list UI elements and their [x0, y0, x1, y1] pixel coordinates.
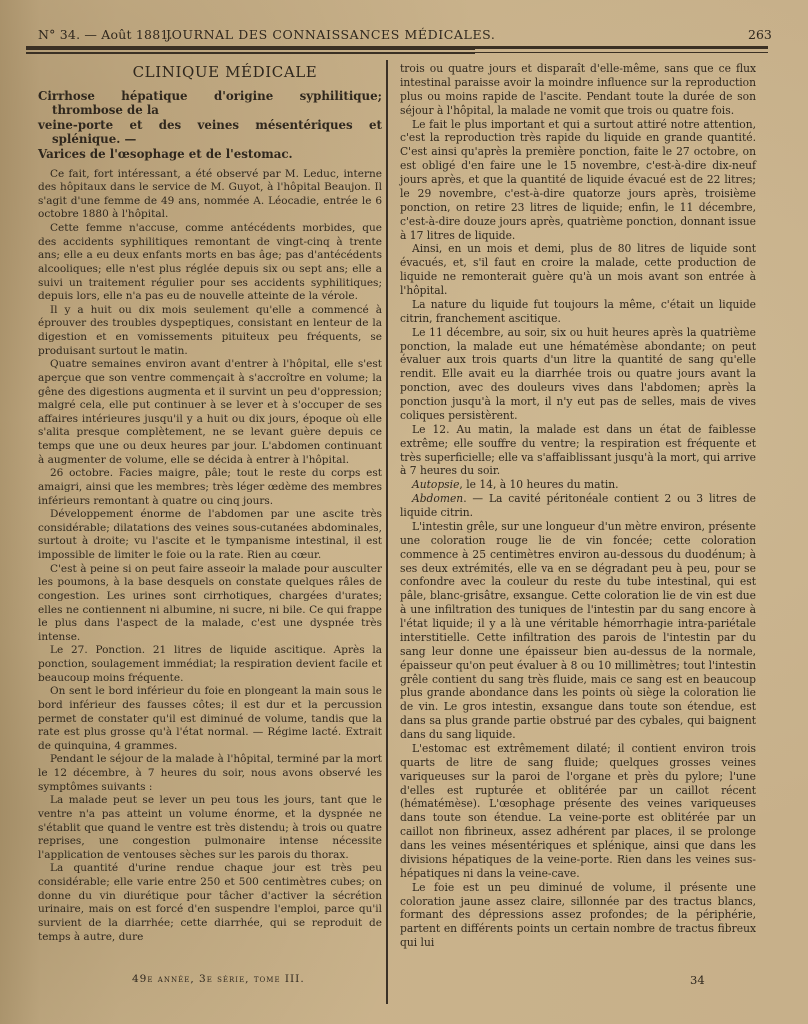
article-title-line: veine-porte et des veines mésentériques … — [52, 118, 382, 147]
section-title: CLINIQUE MÉDICALE — [38, 66, 382, 80]
paragraph: Le 11 décembre, au soir, six ou huit heu… — [400, 326, 756, 423]
journal-title: JOURNAL DES CONNAISSANCES MÉDICALES. — [166, 27, 495, 42]
series-footer: 49e année, 3e série, tome III. — [132, 973, 305, 985]
paragraph: La nature du liquide fut toujours la mêm… — [400, 298, 756, 326]
right-column: trois ou quatre jours et disparaît d'ell… — [400, 62, 756, 950]
paragraph: Pendant le séjour de la malade à l'hôpit… — [38, 753, 382, 794]
paragraph: Cette femme n'accuse, comme antécédents … — [38, 222, 382, 304]
paragraph: Développement énorme de l'abdomen par un… — [38, 508, 382, 563]
left-column: CLINIQUE MÉDICALE Cirrhose hépatique d'o… — [38, 62, 382, 944]
top-rule — [26, 46, 768, 53]
abdomen-paragraph: Abdomen. — La cavité péritonéale contien… — [400, 492, 756, 520]
paragraph: L'intestin grêle, sur une longueur d'un … — [400, 520, 756, 742]
paragraph: Le fait le plus important et qui a surto… — [400, 118, 756, 243]
journal-page: N° 34. — Août 1881. JOURNAL DES CONNAISS… — [0, 0, 808, 1024]
paragraph: C'est à peine si on peut faire asseoir l… — [38, 563, 382, 645]
autopsy-paragraph: Autopsie, le 14, à 10 heures du matin. — [400, 478, 756, 492]
issue-date: N° 34. — Août 1881. — [38, 27, 173, 42]
paragraph: Il y a huit ou dix mois seulement qu'ell… — [38, 304, 382, 359]
paragraph: Ainsi, en un mois et demi, plus de 80 li… — [400, 242, 756, 298]
paragraph: La quantité d'urine rendue chaque jour e… — [38, 862, 382, 944]
paragraph: Le 12. Au matin, la malade est dans un é… — [400, 423, 756, 479]
article-title-line: Varices de l'œsophage et de l'estomac. — [52, 147, 382, 162]
paragraph: Quatre semaines environ avant d'entrer à… — [38, 358, 382, 467]
abdomen-label: Abdomen — [412, 492, 463, 505]
paragraph: Le 27. Ponction. 21 litres de liquide as… — [38, 644, 382, 685]
autopsy-label: Autopsie — [412, 478, 459, 491]
paragraph: 26 octobre. Facies maigre, pâle; tout le… — [38, 467, 382, 508]
paragraph: La malade peut se lever un peu tous les … — [38, 794, 382, 862]
paragraph: On sent le bord inférieur du foie en plo… — [38, 685, 382, 753]
paragraph: L'estomac est extrêmement dilaté; il con… — [400, 742, 756, 881]
column-divider — [386, 60, 388, 1004]
autopsy-text: , le 14, à 10 heures du matin. — [459, 478, 618, 491]
article-title: Cirrhose hépatique d'origine syphilitiqu… — [38, 89, 382, 162]
paragraph: Le foie est un peu diminué de volume, il… — [400, 881, 756, 950]
article-title-line: Cirrhose hépatique d'origine syphilitiqu… — [52, 89, 382, 118]
paragraph: trois ou quatre jours et disparaît d'ell… — [400, 62, 756, 118]
signature-mark: 34 — [690, 973, 705, 987]
page-number: 263 — [748, 27, 772, 42]
paragraph: Ce fait, fort intéressant, a été observé… — [38, 168, 382, 223]
